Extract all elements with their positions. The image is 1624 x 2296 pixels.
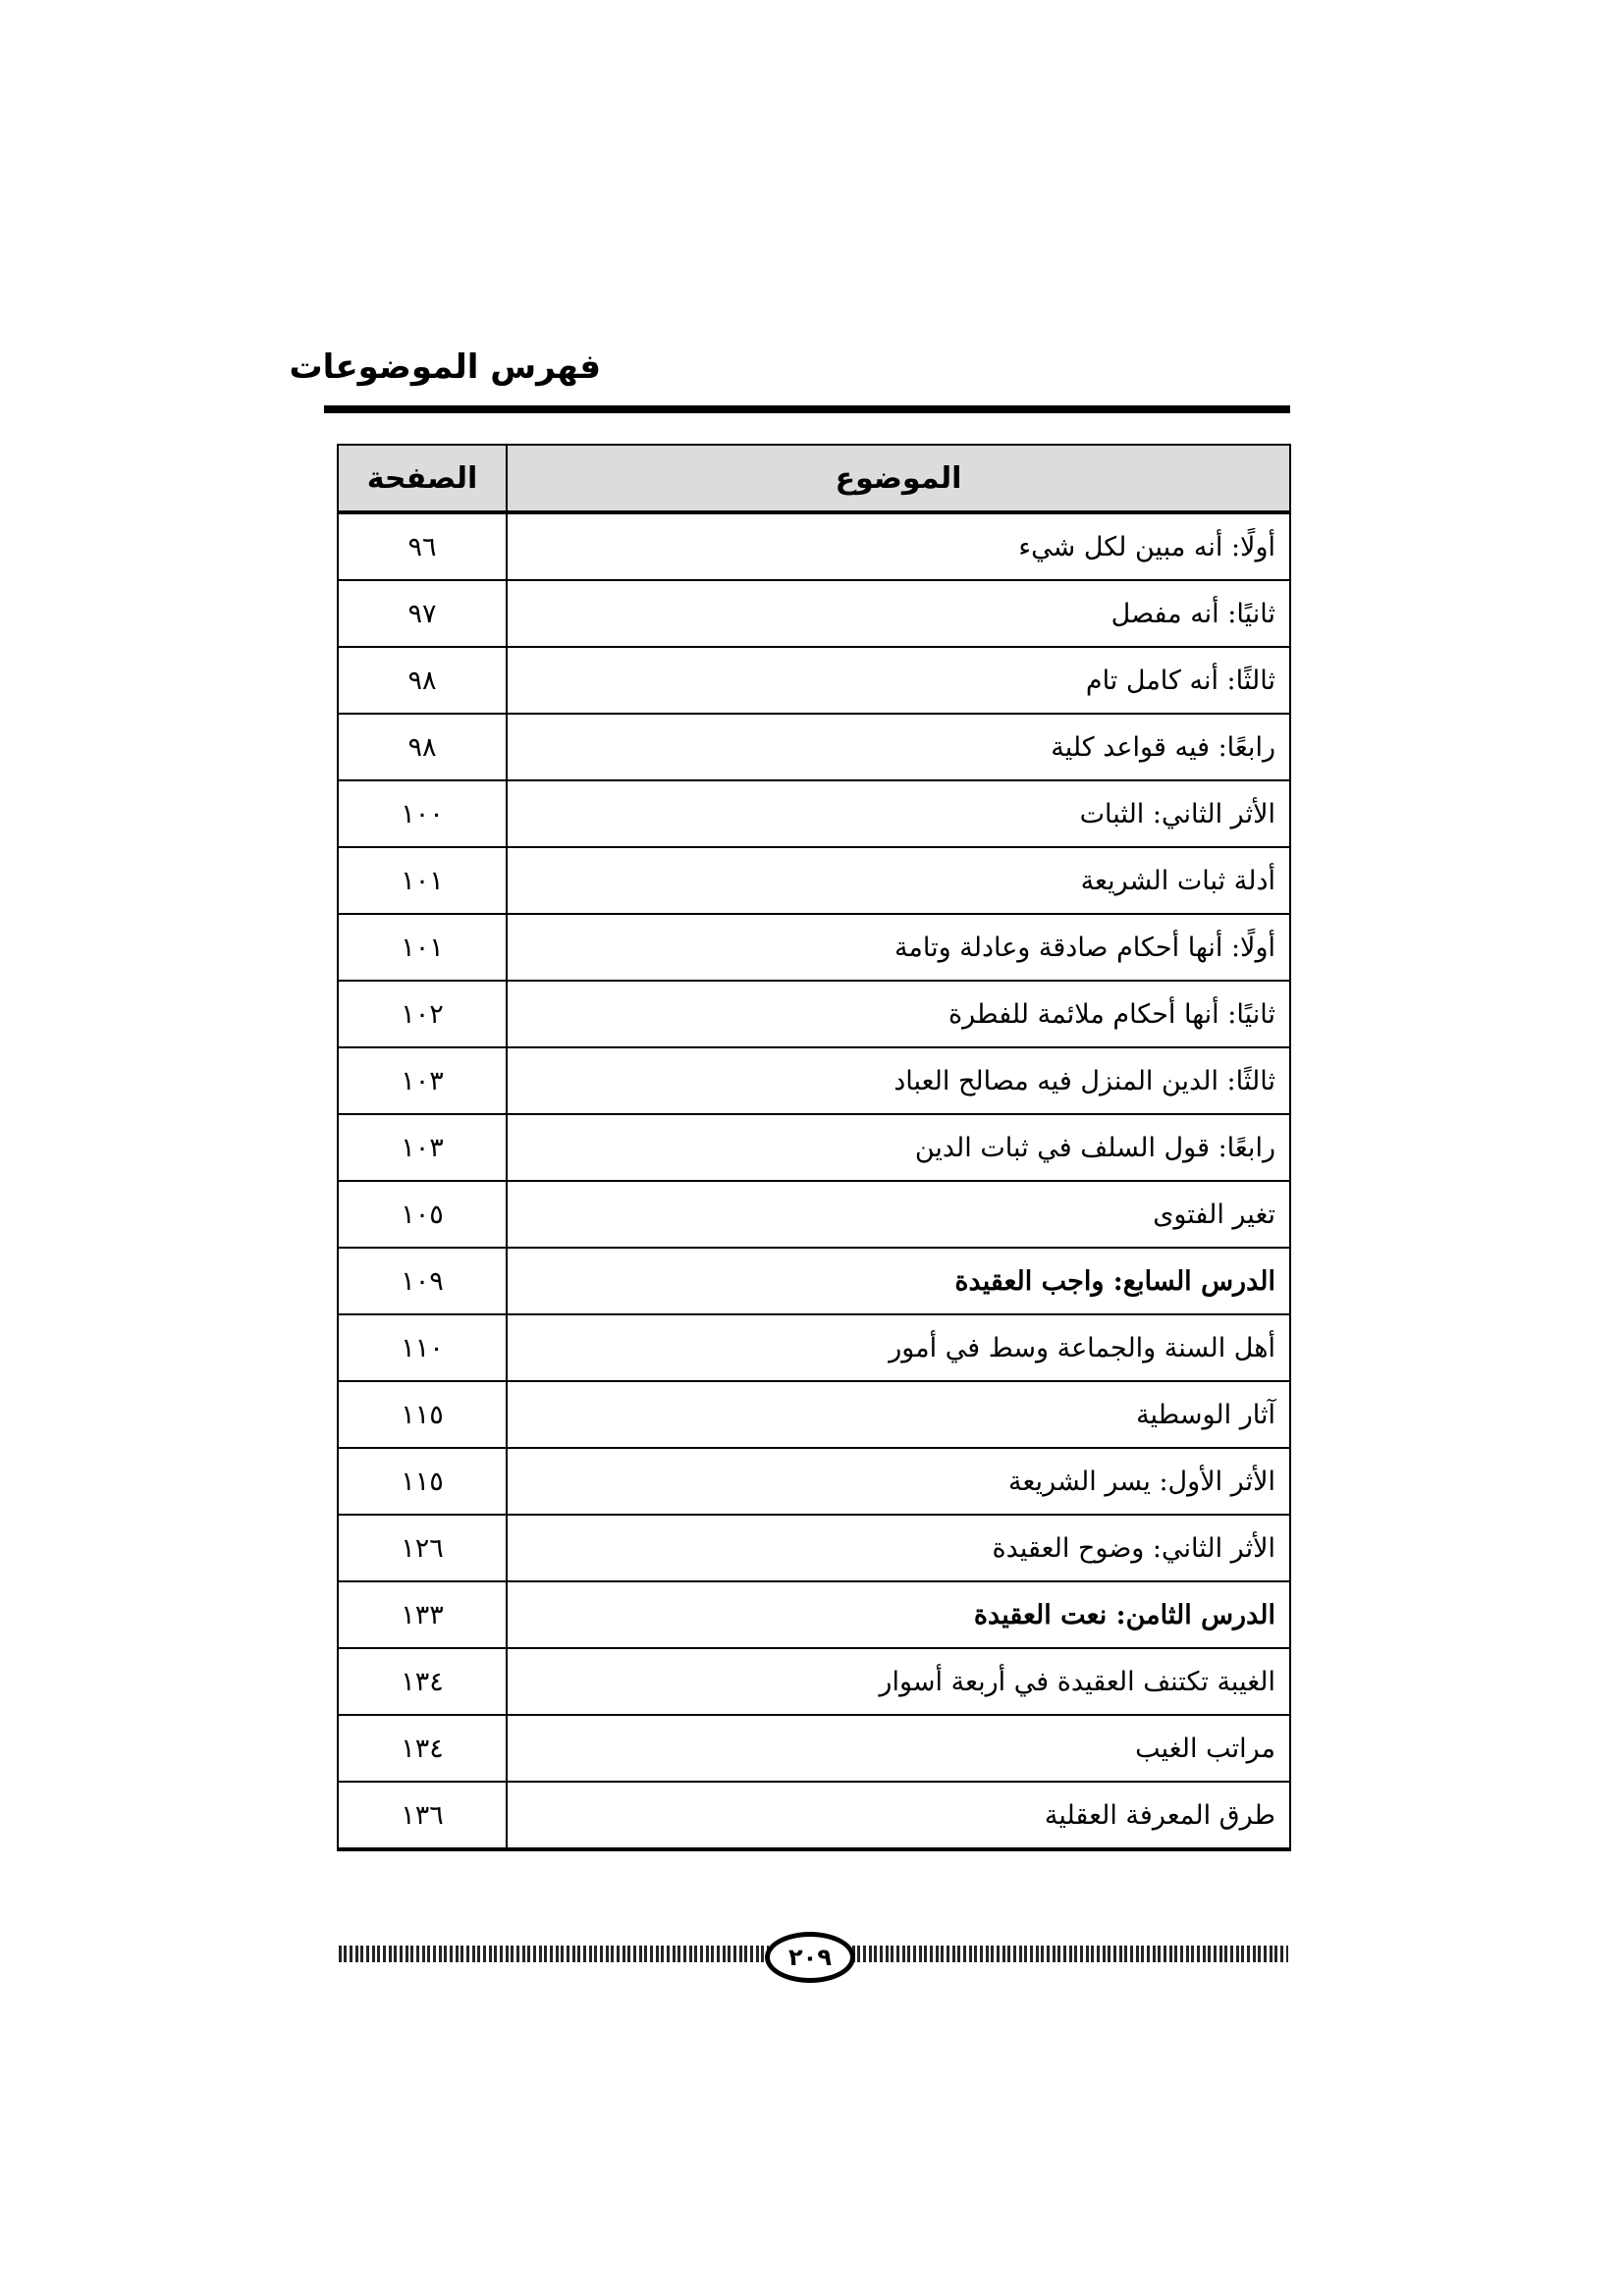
table-row: مراتب الغيب١٣٤: [338, 1715, 1290, 1782]
page-number-cell: ١٠٢: [338, 981, 507, 1047]
page-number-cell: ١٠١: [338, 847, 507, 914]
page-number-cell: ١٣٣: [338, 1581, 507, 1648]
topic-cell: طرق المعرفة العقلية: [507, 1782, 1290, 1849]
page-number-cell: ١٣٤: [338, 1648, 507, 1715]
page-number-cell: ١٠٣: [338, 1114, 507, 1181]
table-row: الدرس السابع: واجب العقيدة١٠٩: [338, 1248, 1290, 1314]
topic-cell: مراتب الغيب: [507, 1715, 1290, 1782]
table-row: أهل السنة والجماعة وسط في أمور١١٠: [338, 1314, 1290, 1381]
table-row: طرق المعرفة العقلية١٣٦: [338, 1782, 1290, 1849]
page-number: ٢٠٩: [765, 1932, 855, 1983]
page-title: فهرس الموضوعات: [355, 340, 601, 395]
table-row: آثار الوسطية١١٥: [338, 1381, 1290, 1448]
ornament-band-right: [852, 1946, 1288, 1962]
ornament-band-left: [339, 1946, 769, 1962]
topic-cell: أولًا: أنه مبين لكل شيء: [507, 512, 1290, 580]
page-number-cell: ٩٨: [338, 714, 507, 780]
page-number-cell: ١٣٤: [338, 1715, 507, 1782]
table-row: أولًا: أنه مبين لكل شيء٩٦: [338, 512, 1290, 580]
topic-cell: ثانيًا: أنها أحكام ملائمة للفطرة: [507, 981, 1290, 1047]
title-rule-divider: [324, 405, 1290, 413]
topic-cell: آثار الوسطية: [507, 1381, 1290, 1448]
topic-cell: الدرس الثامن: نعت العقيدة: [507, 1581, 1290, 1648]
topic-cell: الأثر الثاني: وضوح العقيدة: [507, 1515, 1290, 1581]
topic-cell: ثانيًا: أنه مفصل: [507, 580, 1290, 647]
page-number-cell: ٩٧: [338, 580, 507, 647]
table-row: رابعًا: فيه قواعد كلية٩٨: [338, 714, 1290, 780]
table-row: ثانيًا: أنها أحكام ملائمة للفطرة١٠٢: [338, 981, 1290, 1047]
page-number-cell: ١٠٠: [338, 780, 507, 847]
topic-cell: أهل السنة والجماعة وسط في أمور: [507, 1314, 1290, 1381]
page-number-cell: ٩٨: [338, 647, 507, 714]
page-number-cell: ١١٠: [338, 1314, 507, 1381]
table-header-row: الموضوع الصفحة: [338, 445, 1290, 512]
topic-cell: رابعًا: فيه قواعد كلية: [507, 714, 1290, 780]
table-row: تغير الفتوى١٠٥: [338, 1181, 1290, 1248]
page-number-cell: ١٠٩: [338, 1248, 507, 1314]
topic-cell: تغير الفتوى: [507, 1181, 1290, 1248]
topic-cell: رابعًا: قول السلف في ثبات الدين: [507, 1114, 1290, 1181]
page-number-cell: ١٢٦: [338, 1515, 507, 1581]
page-number-cell: ١١٥: [338, 1381, 507, 1448]
table-row: رابعًا: قول السلف في ثبات الدين١٠٣: [338, 1114, 1290, 1181]
page-number-cell: ١٠١: [338, 914, 507, 981]
page-number-cell: ١٠٥: [338, 1181, 507, 1248]
table-row: الأثر الثاني: وضوح العقيدة١٢٦: [338, 1515, 1290, 1581]
table-row: الدرس الثامن: نعت العقيدة١٣٣: [338, 1581, 1290, 1648]
table-row: ثانيًا: أنه مفصل٩٧: [338, 580, 1290, 647]
topic-cell: أولًا: أنها أحكام صادقة وعادلة وتامة: [507, 914, 1290, 981]
topic-cell: الغيبة تكتنف العقيدة في أربعة أسوار: [507, 1648, 1290, 1715]
page-number-cell: ١٣٦: [338, 1782, 507, 1849]
topic-cell: الأثر الأول: يسر الشريعة: [507, 1448, 1290, 1515]
toc-table: الموضوع الصفحة أولًا: أنه مبين لكل شيء٩٦…: [337, 444, 1291, 1851]
table-row: أدلة ثبات الشريعة١٠١: [338, 847, 1290, 914]
table-row: أولًا: أنها أحكام صادقة وعادلة وتامة١٠١: [338, 914, 1290, 981]
table-row: الأثر الأول: يسر الشريعة١١٥: [338, 1448, 1290, 1515]
table-row: الأثر الثاني: الثبات١٠٠: [338, 780, 1290, 847]
page-number-cell: ١١٥: [338, 1448, 507, 1515]
toc-body: أولًا: أنه مبين لكل شيء٩٦ثانيًا: أنه مفص…: [338, 512, 1290, 1849]
table-row: ثالثًا: أنه كامل تام٩٨: [338, 647, 1290, 714]
topic-cell: ثالثًا: أنه كامل تام: [507, 647, 1290, 714]
column-header-topic: الموضوع: [507, 445, 1290, 512]
column-header-page: الصفحة: [338, 445, 507, 512]
topic-cell: أدلة ثبات الشريعة: [507, 847, 1290, 914]
topic-cell: ثالثًا: الدين المنزل فيه مصالح العباد: [507, 1047, 1290, 1114]
topic-cell: الأثر الثاني: الثبات: [507, 780, 1290, 847]
topic-cell: الدرس السابع: واجب العقيدة: [507, 1248, 1290, 1314]
table-row: ثالثًا: الدين المنزل فيه مصالح العباد١٠٣: [338, 1047, 1290, 1114]
page-number-cell: ١٠٣: [338, 1047, 507, 1114]
page-number-cell: ٩٦: [338, 512, 507, 580]
table-row: الغيبة تكتنف العقيدة في أربعة أسوار١٣٤: [338, 1648, 1290, 1715]
